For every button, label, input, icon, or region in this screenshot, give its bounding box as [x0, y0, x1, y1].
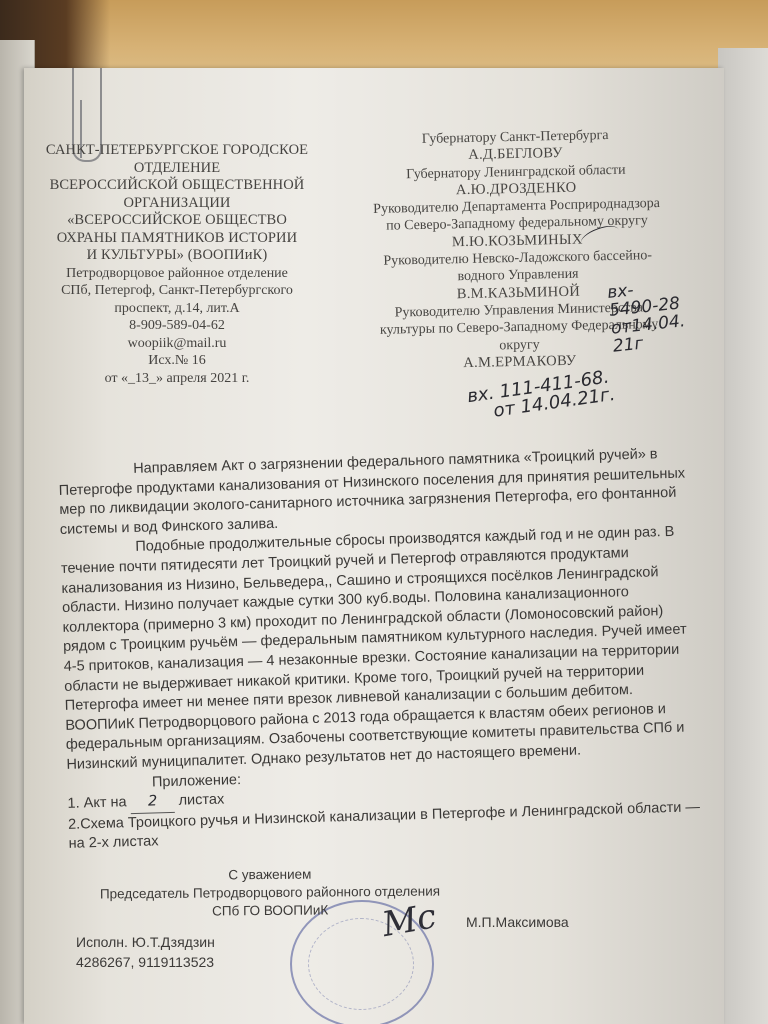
sender-address-2: проспект, д.14, лит.А: [32, 300, 322, 318]
appendix-item-1-suffix: листах: [178, 792, 224, 809]
handwritten-sheets-count: 2: [130, 792, 175, 814]
sender-email: woopiik@mail.ru: [32, 335, 322, 353]
executor-block: Исполн. Ю.Т.Дзядзин 4286267, 9119113523: [76, 932, 215, 972]
sender-phone: 8-909-589-04-62: [32, 317, 322, 335]
signer-name: М.П.Максимова: [466, 914, 569, 930]
sender-branch: Петродворцовое районное отделение: [32, 265, 322, 283]
letter-date: от «_13_» апреля 2021 г.: [32, 370, 322, 388]
underlying-sheet-right: [718, 48, 768, 1024]
handwritten-registration-1: вх- 5490-28 от14.04. 21г: [606, 276, 687, 355]
sender-org-line: И КУЛЬТУРЫ» (ВООПИиК): [32, 247, 322, 265]
executor-name: Исполн. Ю.Т.Дзядзин: [76, 932, 215, 952]
sender-address-1: СПб, Петергоф, Санкт-Петербургского: [32, 282, 322, 300]
sender-org-line: ОХРАНЫ ПАМЯТНИКОВ ИСТОРИИ: [32, 230, 322, 248]
sender-org-line: ВСЕРОССИЙСКОЙ ОБЩЕСТВЕННОЙ: [32, 177, 322, 195]
sender-org-line: ОРГАНИЗАЦИИ: [32, 195, 322, 213]
signer-position: Председатель Петродворцового районного о…: [90, 882, 450, 903]
body-paragraph-2: Подобные продолжительные сбросы производ…: [60, 522, 706, 775]
letter-body: Направляем Акт о загрязнении федеральног…: [58, 444, 709, 855]
appendix-item-1-prefix: 1. Акт на: [67, 794, 126, 812]
outgoing-number: Исх.№ 16: [32, 352, 322, 370]
executor-phones: 4286267, 9119113523: [76, 952, 215, 972]
sender-org-line: «ВСЕРОССИЙСКОЕ ОБЩЕСТВО: [32, 212, 322, 230]
signoff-block: С уважением Председатель Петродворцового…: [90, 864, 450, 921]
sender-org-line: САНКТ-ПЕТЕРБУРГСКОЕ ГОРОДСКОЕ: [32, 142, 322, 160]
sender-org-line: ОТДЕЛЕНИЕ: [32, 160, 322, 178]
signer-org: СПб ГО ВООПИиК: [90, 900, 450, 921]
sender-block: САНКТ-ПЕТЕРБУРГСКОЕ ГОРОДСКОЕ ОТДЕЛЕНИЕ …: [32, 142, 322, 387]
